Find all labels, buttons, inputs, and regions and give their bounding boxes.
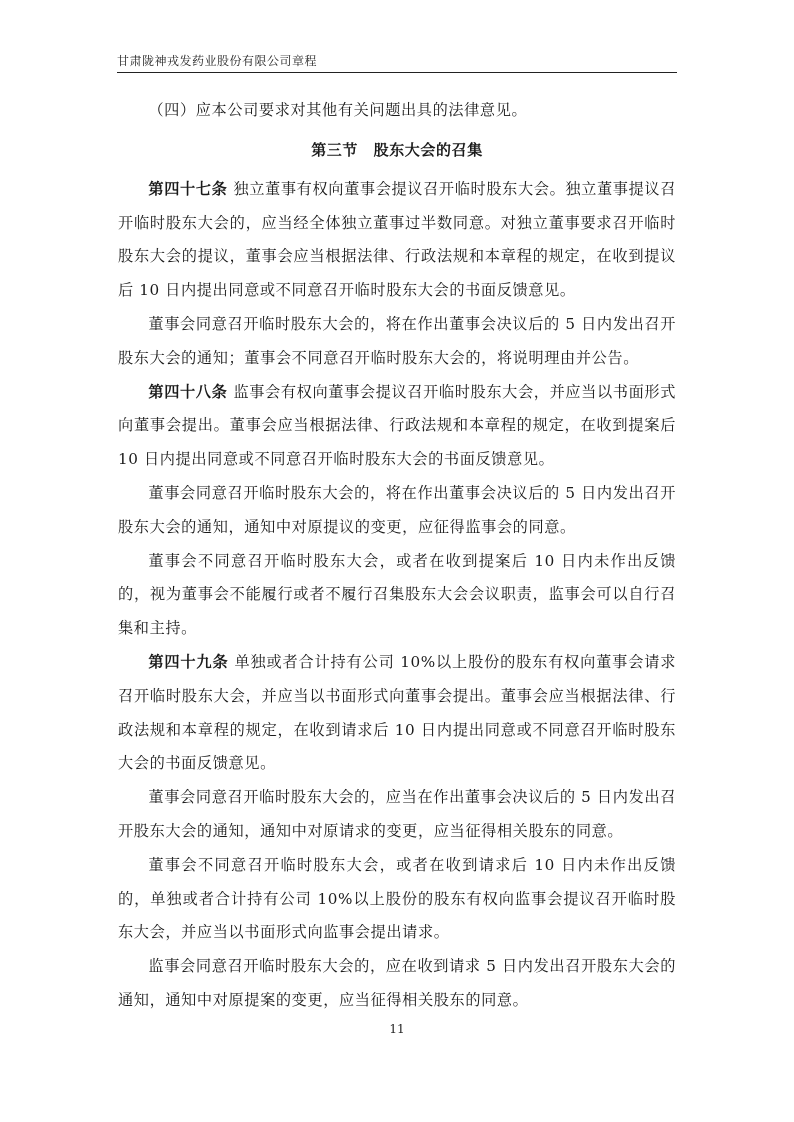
article-47-paragraph-2: 董事会同意召开临时股东大会的，将在作出董事会决议后的 5 日内发出召开股东大会的… [118,308,676,376]
article-49-paragraph-3: 董事会不同意召开临时股东大会，或者在收到请求后 10 日内未作出反馈的，单独或者… [118,849,676,950]
article-number: 第四十八条 [148,383,227,401]
article-number: 第四十七条 [148,180,227,198]
section-title: 第三节 股东大会的召集 [118,134,676,167]
article-number: 第四十九条 [148,653,228,671]
article-47-paragraph-1: 第四十七条独立董事有权向董事会提议召开临时股东大会。独立董事提议召开临时股东大会… [118,173,676,308]
article-49-paragraph-4: 监事会同意召开临时股东大会的，应在收到请求 5 日内发出召开股东大会的通知，通知… [118,950,676,1018]
article-48-paragraph-2: 董事会同意召开临时股东大会的，将在作出董事会决议后的 5 日内发出召开股东大会的… [118,477,676,545]
running-header: 甘肃陇神戎发药业股份有限公司章程 [117,52,677,70]
intro-item: （四）应本公司要求对其他有关问题出具的法律意见。 [118,94,676,128]
article-49-paragraph-1: 第四十九条单独或者合计持有公司 10%以上股份的股东有权向董事会请求召开临时股东… [118,646,676,781]
header-divider [117,72,677,73]
article-48-paragraph-3: 董事会不同意召开临时股东大会，或者在收到提案后 10 日内未作出反馈的，视为董事… [118,545,676,646]
article-48-paragraph-1: 第四十八条监事会有权向董事会提议召开临时股东大会，并应当以书面形式向董事会提出。… [118,376,676,477]
page-number: 11 [0,1022,794,1036]
document-body: （四）应本公司要求对其他有关问题出具的法律意见。 第三节 股东大会的召集 第四十… [118,94,676,1018]
article-49-paragraph-2: 董事会同意召开临时股东大会的，应当在作出董事会决议后的 5 日内发出召开股东大会… [118,781,676,849]
